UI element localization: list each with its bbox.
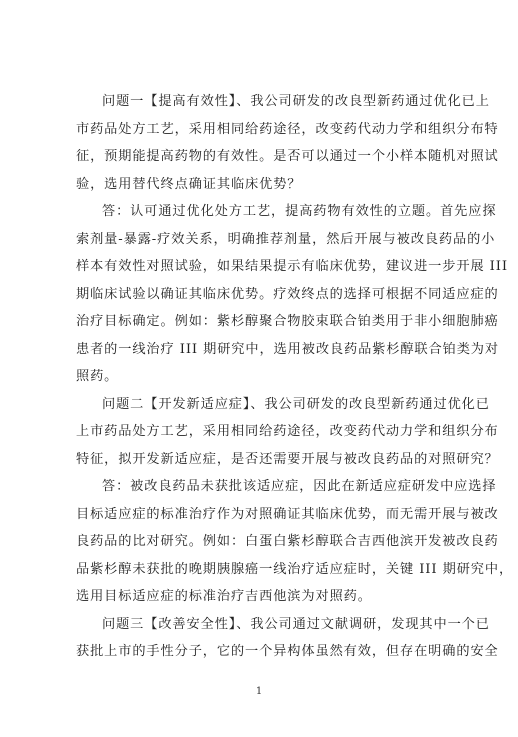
text-line: 征，预期能提高药物的有效性。是否可以通过一个小样本随机对照试 [76,143,458,171]
text-line: 问题三【改善安全性】、我公司通过文献调研，发现其中一个已 [76,611,458,639]
text-line: 期临床试验以确证其临床优势。疗效终点的选择可根据不同适应症的 [76,281,458,309]
text-line: 良药品的比对研究。例如：白蛋白紫杉醇联合吉西他滨开发被改良药 [76,528,458,556]
text-line: 答：被改良药品未获批该适应症，因此在新适应症研发中应选择 [76,473,458,501]
text-line: 问题二【开发新适应症】、我公司研发的改良型新药通过优化已 [76,391,458,419]
answer-1-paragraph: 答：认可通过优化处方工艺，提高药物有效性的立题。首先应探 索剂量-暴露-疗效关系… [76,198,458,391]
text-line: 索剂量-暴露-疗效关系，明确推荐剂量，然后开展与被改良药品的小 [76,226,458,254]
text-line: 品紫杉醇未获批的晚期胰腺癌一线治疗适应症时，关键 III 期研究中， [76,556,458,584]
text-line: 获批上市的手性分子，它的一个异构体虽然有效，但存在明确的安全 [76,638,458,666]
text-line: 上市药品处方工艺，采用相同给药途径，改变药代动力学和组织分布 [76,418,458,446]
text-line: 患者的一线治疗 III 期研究中，选用被改良药品紫杉醇联合铂类为对 [76,336,458,364]
document-body: 问题一【提高有效性】、我公司研发的改良型新药通过优化已上 市药品处方工艺，采用相… [76,88,458,666]
text-line: 照药。 [76,363,458,391]
text-line: 治疗目标确定。例如：紫杉醇聚合物胶束联合铂类用于非小细胞肺癌 [76,308,458,336]
text-line: 验，选用替代终点确证其临床优势？ [76,171,458,199]
question-3-paragraph: 问题三【改善安全性】、我公司通过文献调研，发现其中一个已 获批上市的手性分子，它… [76,611,458,666]
text-line: 目标适应症的标准治疗作为对照确证其临床优势，而无需开展与被改 [76,501,458,529]
question-2-paragraph: 问题二【开发新适应症】、我公司研发的改良型新药通过优化已 上市药品处方工艺，采用… [76,391,458,474]
text-line: 市药品处方工艺，采用相同给药途径，改变药代动力学和组织分布特 [76,116,458,144]
text-line: 特征，拟开发新适应症，是否还需要开展与被改良药品的对照研究？ [76,446,458,474]
question-1-paragraph: 问题一【提高有效性】、我公司研发的改良型新药通过优化已上 市药品处方工艺，采用相… [76,88,458,198]
text-line: 问题一【提高有效性】、我公司研发的改良型新药通过优化已上 [76,88,458,116]
answer-2-paragraph: 答：被改良药品未获批该适应症，因此在新适应症研发中应选择 目标适应症的标准治疗作… [76,473,458,611]
document-page: 问题一【提高有效性】、我公司研发的改良型新药通过优化已上 市药品处方工艺，采用相… [0,0,518,737]
page-number: 1 [0,686,518,697]
text-line: 样本有效性对照试验，如果结果提示有临床优势，建议进一步开展 III [76,253,458,281]
text-line: 答：认可通过优化处方工艺，提高药物有效性的立题。首先应探 [76,198,458,226]
text-line: 选用目标适应症的标准治疗吉西他滨为对照药。 [76,583,458,611]
